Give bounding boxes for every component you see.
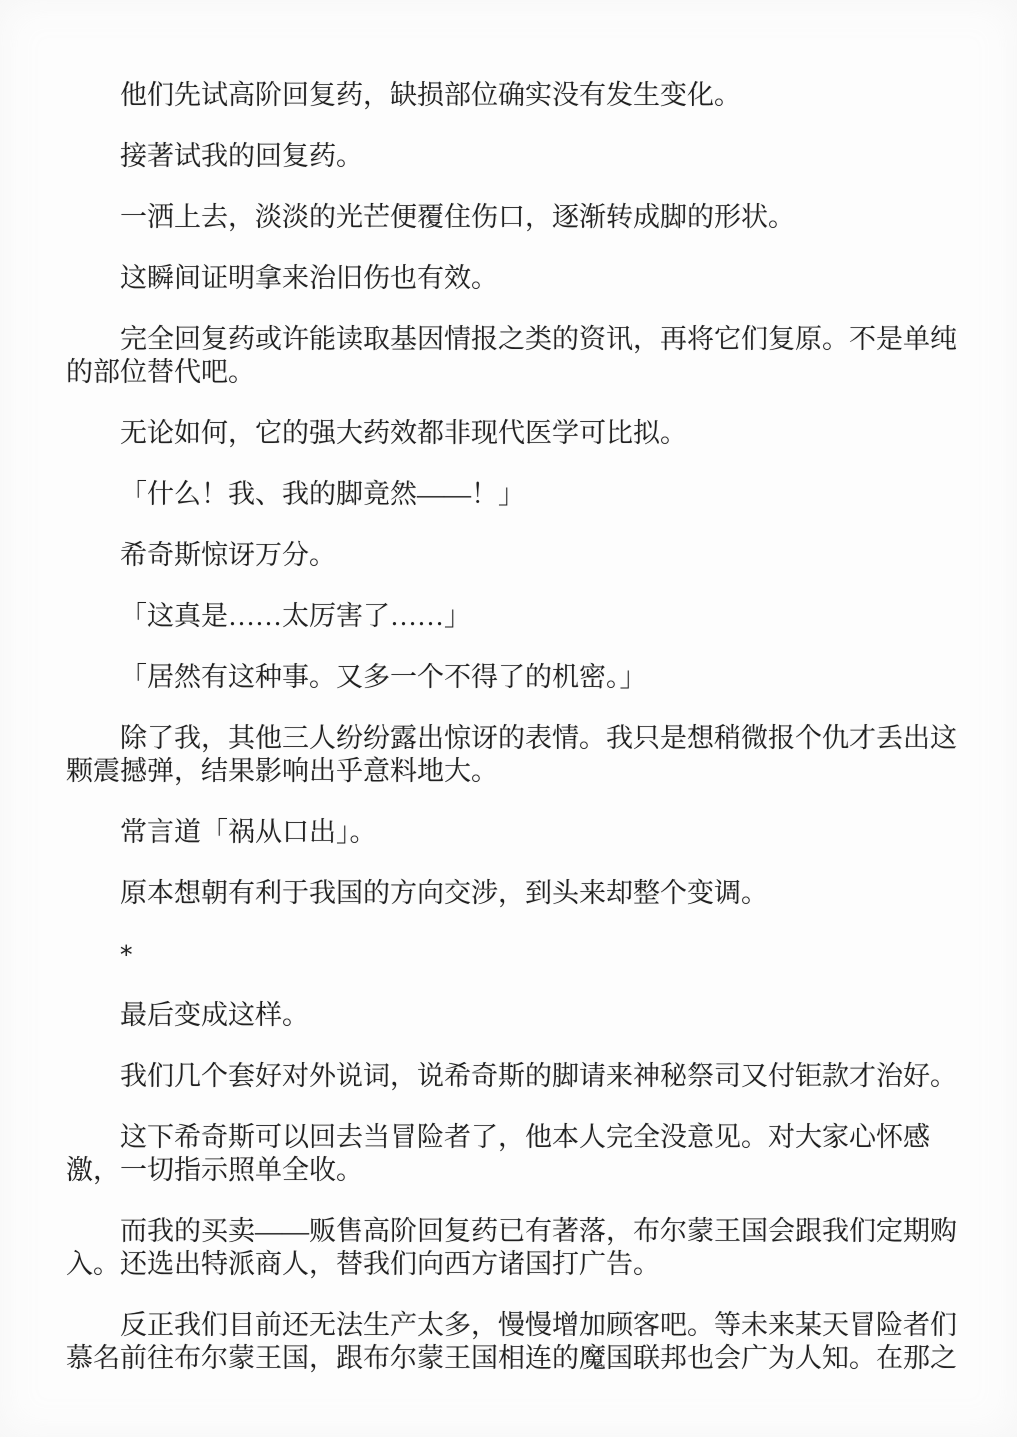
novel-page: 他们先试高阶回复药，缺损部位确实没有发生变化。接著试我的回复药。一洒上去，淡淡的… [0, 0, 1017, 1437]
text-line: * [66, 938, 959, 971]
paragraph: 这瞬间证明拿来治旧伤也有效。 [66, 262, 959, 295]
text-line: 入。还选出特派商人，替我们向西方诸国打广告。 [66, 1248, 959, 1281]
paragraph: 而我的买卖——贩售高阶回复药已有著落，布尔蒙王国会跟我们定期购入。还选出特派商人… [66, 1215, 959, 1281]
text-line: 接著试我的回复药。 [66, 140, 959, 173]
text-line: 完全回复药或许能读取基因情报之类的资讯，再将它们复原。不是单纯 [66, 323, 959, 356]
paragraph: 完全回复药或许能读取基因情报之类的资讯，再将它们复原。不是单纯的部位替代吧。 [66, 323, 959, 389]
text-line: 激，一切指示照单全收。 [66, 1154, 959, 1187]
text-line: 原本想朝有利于我国的方向交涉，到头来却整个变调。 [66, 877, 959, 910]
text-line: 这下希奇斯可以回去当冒险者了，他本人完全没意见。对大家心怀感 [66, 1121, 959, 1154]
text-line: 希奇斯惊讶万分。 [66, 539, 959, 572]
paragraph: 除了我，其他三人纷纷露出惊讶的表情。我只是想稍微报个仇才丢出这颗震撼弹，结果影响… [66, 722, 959, 788]
text-line: 反正我们目前还无法生产太多，慢慢增加顾客吧。等未来某天冒险者们 [66, 1309, 959, 1342]
text-line: 常言道「祸从口出」。 [66, 816, 959, 849]
text-line: 无论如何，它的强大药效都非现代医学可比拟。 [66, 417, 959, 450]
paragraph: 一洒上去，淡淡的光芒便覆住伤口，逐渐转成脚的形状。 [66, 201, 959, 234]
paragraph: 最后变成这样。 [66, 999, 959, 1032]
paragraph: 常言道「祸从口出」。 [66, 816, 959, 849]
page-text-content: 他们先试高阶回复药，缺损部位确实没有发生变化。接著试我的回复药。一洒上去，淡淡的… [0, 0, 1017, 1375]
paragraph: 希奇斯惊讶万分。 [66, 539, 959, 572]
text-line: 一洒上去，淡淡的光芒便覆住伤口，逐渐转成脚的形状。 [66, 201, 959, 234]
text-line: 的部位替代吧。 [66, 356, 959, 389]
paragraph: 这下希奇斯可以回去当冒险者了，他本人完全没意见。对大家心怀感激，一切指示照单全收… [66, 1121, 959, 1187]
dialogue-paragraph: 「这真是……太厉害了……」 [66, 600, 959, 633]
text-line: 「居然有这种事。又多一个不得了的机密。」 [66, 661, 959, 694]
text-line: 他们先试高阶回复药，缺损部位确实没有发生变化。 [66, 79, 959, 112]
text-line: 慕名前往布尔蒙王国，跟布尔蒙王国相连的魔国联邦也会广为人知。在那之 [66, 1342, 959, 1375]
paragraph: 无论如何，它的强大药效都非现代医学可比拟。 [66, 417, 959, 450]
dialogue-paragraph: 「居然有这种事。又多一个不得了的机密。」 [66, 661, 959, 694]
paragraph: 接著试我的回复药。 [66, 140, 959, 173]
text-line: 而我的买卖——贩售高阶回复药已有著落，布尔蒙王国会跟我们定期购 [66, 1215, 959, 1248]
text-line: 最后变成这样。 [66, 999, 959, 1032]
dialogue-paragraph: 「什么！我、我的脚竟然——！」 [66, 478, 959, 511]
text-line: 我们几个套好对外说词，说希奇斯的脚请来神秘祭司又付钜款才治好。 [66, 1060, 959, 1093]
scene-break-marker: * [66, 938, 959, 971]
paragraph: 原本想朝有利于我国的方向交涉，到头来却整个变调。 [66, 877, 959, 910]
paragraph: 反正我们目前还无法生产太多，慢慢增加顾客吧。等未来某天冒险者们慕名前往布尔蒙王国… [66, 1309, 959, 1375]
text-line: 「这真是……太厉害了……」 [66, 600, 959, 633]
text-line: 「什么！我、我的脚竟然——！」 [66, 478, 959, 511]
text-line: 除了我，其他三人纷纷露出惊讶的表情。我只是想稍微报个仇才丢出这 [66, 722, 959, 755]
paragraph: 他们先试高阶回复药，缺损部位确实没有发生变化。 [66, 79, 959, 112]
text-line: 这瞬间证明拿来治旧伤也有效。 [66, 262, 959, 295]
paragraph: 我们几个套好对外说词，说希奇斯的脚请来神秘祭司又付钜款才治好。 [66, 1060, 959, 1093]
text-line: 颗震撼弹，结果影响出乎意料地大。 [66, 755, 959, 788]
